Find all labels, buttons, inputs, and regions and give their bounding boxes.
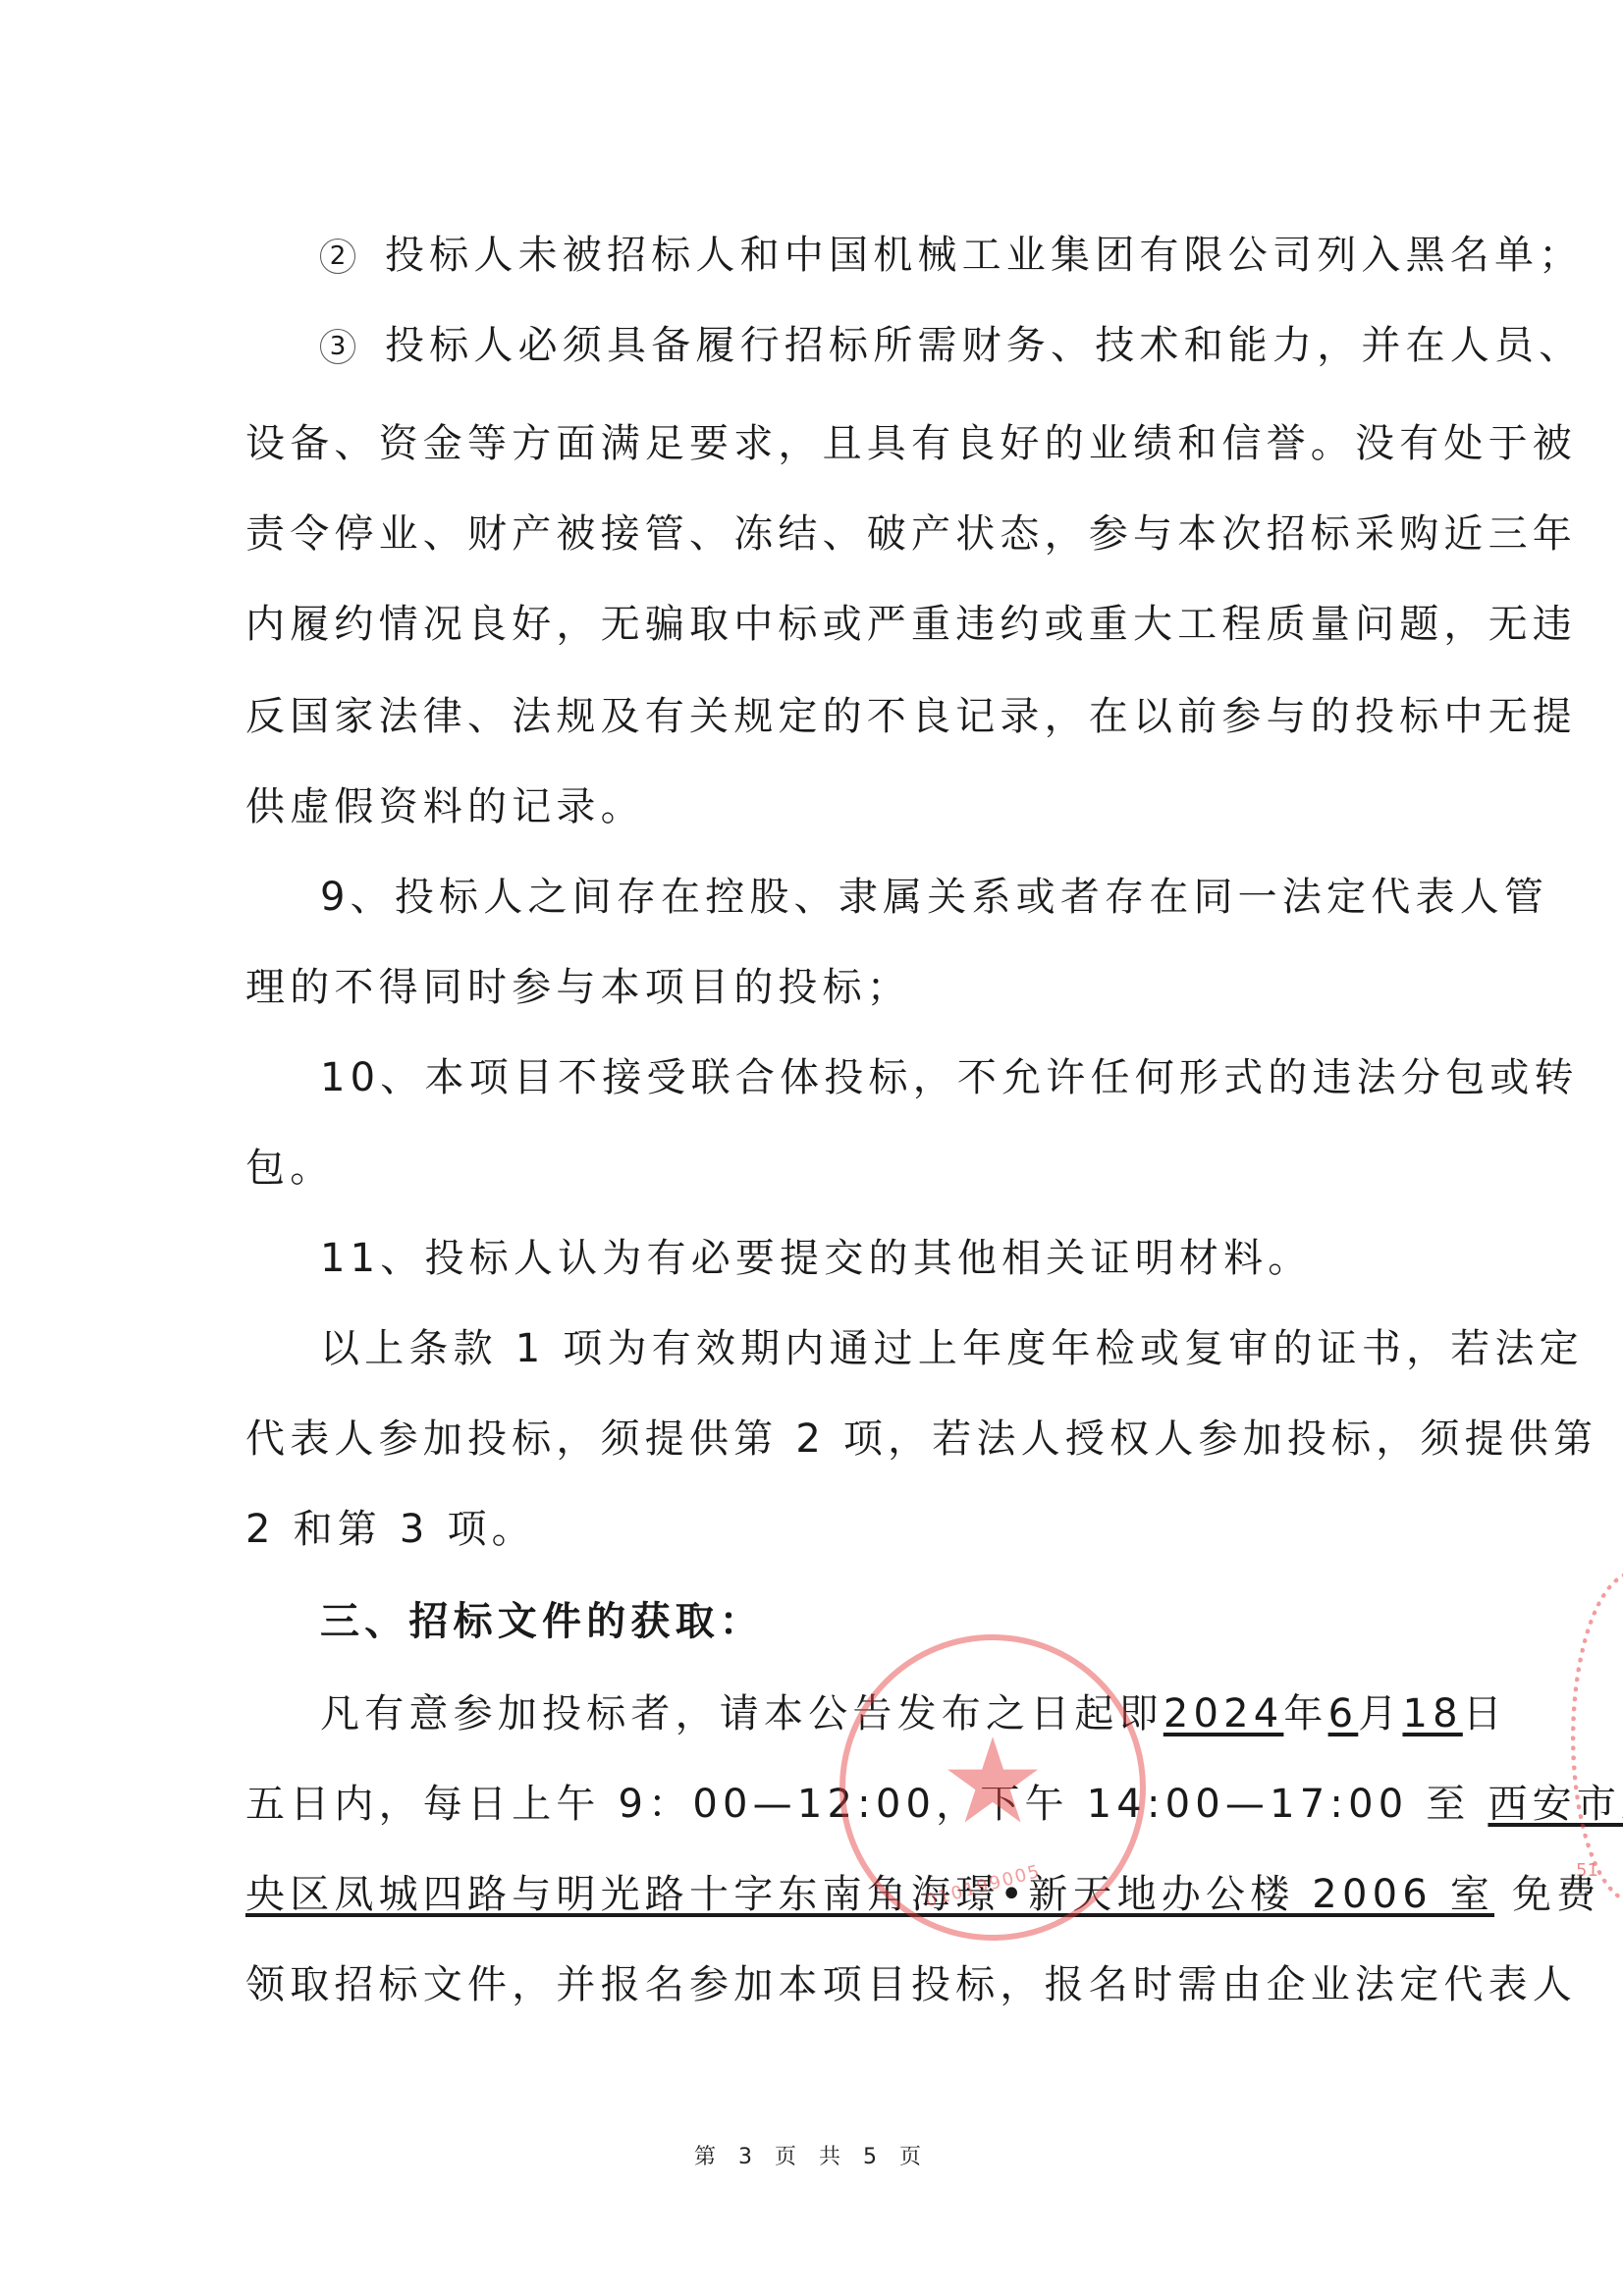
date-year: 2024: [1163, 1691, 1284, 1736]
circled-number-3: 3: [320, 329, 355, 364]
paragraph-line: 包。: [245, 1145, 1375, 1192]
clause-10: 10、本项目不接受联合体投标，不允许任何形式的违法分包或转: [320, 1054, 1449, 1101]
paragraph-line: 反国家法律、法规及有关规定的不良记录，在以前参与的投标中无提: [245, 693, 1375, 740]
paragraph-line: 2 和第 3 项。: [245, 1506, 1375, 1553]
acquisition-line-4: 领取招标文件，并报名参加本项目投标，报名时需由企业法定代表人: [245, 1961, 1375, 2008]
clause-9: 9、投标人之间存在控股、隶属关系或者存在同一法定代表人管: [320, 874, 1449, 921]
star-icon: ★: [845, 1724, 1140, 1842]
paragraph-line: 供虚假资料的记录。: [245, 783, 1375, 830]
date-day: 18: [1402, 1691, 1462, 1736]
side-seal-stamp: 51: [1571, 1571, 1623, 1904]
company-seal-stamp: ★ 010199005: [839, 1634, 1146, 1941]
note-paragraph: 以上条款 1 项为有效期内通过上年度年检或复审的证书，若法定: [320, 1325, 1449, 1372]
paragraph-line: 设备、资金等方面满足要求，且具有良好的业绩和信誉。没有处于被: [245, 420, 1375, 467]
clause-11: 11、投标人认为有必要提交的其他相关证明材料。: [320, 1235, 1449, 1282]
page-number-footer: 第 3 页 共 5 页: [0, 2140, 1623, 2170]
paragraph-line: 责令停业、财产被接管、冻结、破产状态，参与本次招标采购近三年: [245, 510, 1375, 558]
clause-item-3: 3投标人必须具备履行招标所需财务、技术和能力，并在人员、: [320, 322, 1449, 369]
acquisition-line-2: 五日内，每日上午 9：00—12:00，下午 14:00—17:00 至 西安市…: [245, 1781, 1375, 1828]
circled-number-2: 2: [320, 239, 355, 274]
section-heading: 三、招标文件的获取：: [320, 1598, 1449, 1645]
paragraph-line: 代表人参加投标，须提供第 2 项，若法人授权人参加投标，须提供第: [245, 1415, 1375, 1463]
document-page: 2投标人未被招标人和中国机械工业集团有限公司列入黑名单； 3投标人必须具备履行招…: [0, 0, 1623, 2296]
paragraph-line: 内履约情况良好，无骗取中标或严重违约或重大工程质量问题，无违: [245, 601, 1375, 648]
acquisition-line-3: 央区凤城四路与明光路十字东南角海璟•新天地办公楼 2006 室 免费: [245, 1871, 1375, 1918]
paragraph-line: 理的不得同时参与本项目的投标；: [245, 964, 1375, 1011]
date-month: 6: [1328, 1691, 1359, 1736]
clause-item-2: 2投标人未被招标人和中国机械工业集团有限公司列入黑名单；: [320, 232, 1449, 279]
